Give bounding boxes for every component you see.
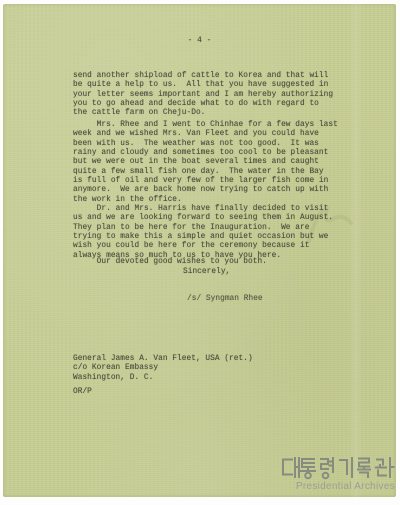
closing-salutation: Sincerely, (183, 268, 230, 277)
signature-line: /s/ Syngman Rhee (187, 295, 263, 304)
archives-watermark: 대통령기록관 Presidential (281, 456, 395, 493)
letter-paragraph: Mrs. Rhee and I went to Chinhae for a fe… (73, 121, 338, 205)
letter-paragraph: send another shipload of cattle to Korea… (73, 72, 333, 119)
korean-watermark-text: 대통령기록관 (395, 456, 396, 457)
presidential-archives-korean-logo-icon (281, 456, 395, 481)
paper-fold-highlight (349, 4, 363, 497)
recipient-address-block: General James A. Van Fleet, USA (ret.) c… (73, 355, 253, 383)
letter-paragraph: Our devoted good wishes to you both. (73, 258, 267, 267)
archives-watermark-english: Presidential Archives (281, 481, 395, 493)
letter-paragraph: Dr. and Mrs. Harris have finally decided… (73, 205, 333, 261)
typist-initials: OR/P (73, 388, 92, 397)
letter-page: - 4 - send another shipload of cattle to… (3, 4, 396, 497)
page-number: - 4 - (3, 37, 396, 46)
